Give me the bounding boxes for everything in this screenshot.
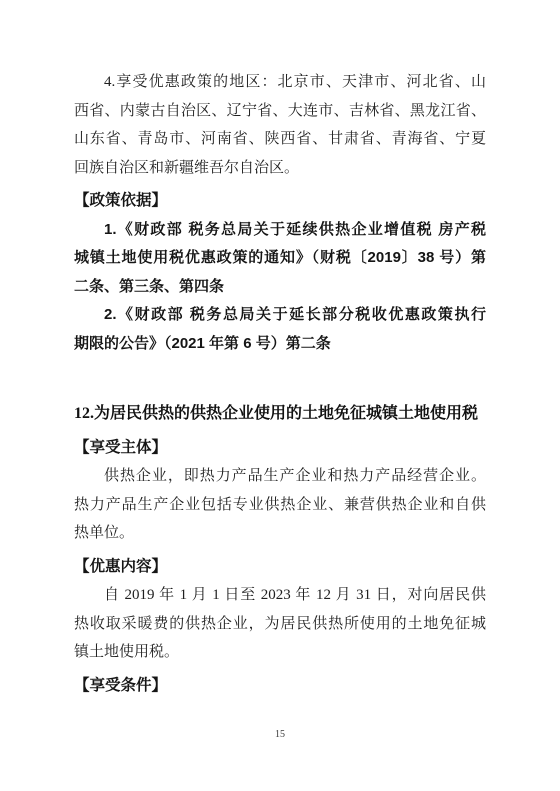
document-body: 4.享受优惠政策的地区：北京市、天津市、河北省、山 西省、内蒙古自治区、辽宁省、… <box>74 68 486 700</box>
section-heading-benefit: 【优惠内容】 <box>74 553 486 582</box>
paragraph-line: 1.《财政部 税务总局关于延续供热企业增值税 房产税 <box>74 216 486 245</box>
section-heading-beneficiary: 【享受主体】 <box>74 434 486 463</box>
paragraph-line: 4.享受优惠政策的地区：北京市、天津市、河北省、山 <box>74 68 486 97</box>
paragraph-line: 自 2019 年 1 月 1 日至 2023 年 12 月 31 日，对向居民供 <box>74 581 486 610</box>
section-heading-condition: 【享受条件】 <box>74 672 486 701</box>
paragraph-policy-item-1: 1.《财政部 税务总局关于延续供热企业增值税 房产税 城镇土地使用税优惠政策的通… <box>74 216 486 302</box>
section-heading-policy-basis: 【政策依据】 <box>74 187 486 216</box>
paragraph-line: 回族自治区和新疆维吾尔自治区。 <box>74 154 486 183</box>
paragraph-regions: 4.享受优惠政策的地区：北京市、天津市、河北省、山 西省、内蒙古自治区、辽宁省、… <box>74 68 486 182</box>
paragraph-line: 热力产品生产企业包括专业供热企业、兼营供热企业和自供 <box>74 491 486 520</box>
item-12-title: 12.为居民供热的供热企业使用的土地免征城镇土地使用税 <box>74 400 486 429</box>
paragraph-line: 二条、第三条、第四条 <box>74 273 486 302</box>
paragraph-policy-item-2: 2.《财政部 税务总局关于延长部分税收优惠政策执行 期限的公告》（2021 年第… <box>74 301 486 358</box>
paragraph-line: 期限的公告》（2021 年第 6 号）第二条 <box>74 330 486 359</box>
page-number: 15 <box>0 729 560 740</box>
paragraph-beneficiary: 供热企业，即热力产品生产企业和热力产品经营企业。 热力产品生产企业包括专业供热企… <box>74 462 486 548</box>
paragraph-line: 热单位。 <box>74 519 486 548</box>
paragraph-line: 山东省、青岛市、河南省、陕西省、甘肃省、青海省、宁夏 <box>74 125 486 154</box>
paragraph-line: 热收取采暖费的供热企业，为居民供热所使用的土地免征城 <box>74 610 486 639</box>
paragraph-line: 西省、内蒙古自治区、辽宁省、大连市、吉林省、黑龙江省、 <box>74 97 486 126</box>
paragraph-line: 2.《财政部 税务总局关于延长部分税收优惠政策执行 <box>74 301 486 330</box>
paragraph-line: 供热企业，即热力产品生产企业和热力产品经营企业。 <box>74 462 486 491</box>
document-page: 4.享受优惠政策的地区：北京市、天津市、河北省、山 西省、内蒙古自治区、辽宁省、… <box>0 0 560 791</box>
paragraph-line: 城镇土地使用税优惠政策的通知》（财税〔2019〕38 号）第 <box>74 244 486 273</box>
paragraph-benefit: 自 2019 年 1 月 1 日至 2023 年 12 月 31 日，对向居民供… <box>74 581 486 667</box>
paragraph-line: 镇土地使用税。 <box>74 638 486 667</box>
